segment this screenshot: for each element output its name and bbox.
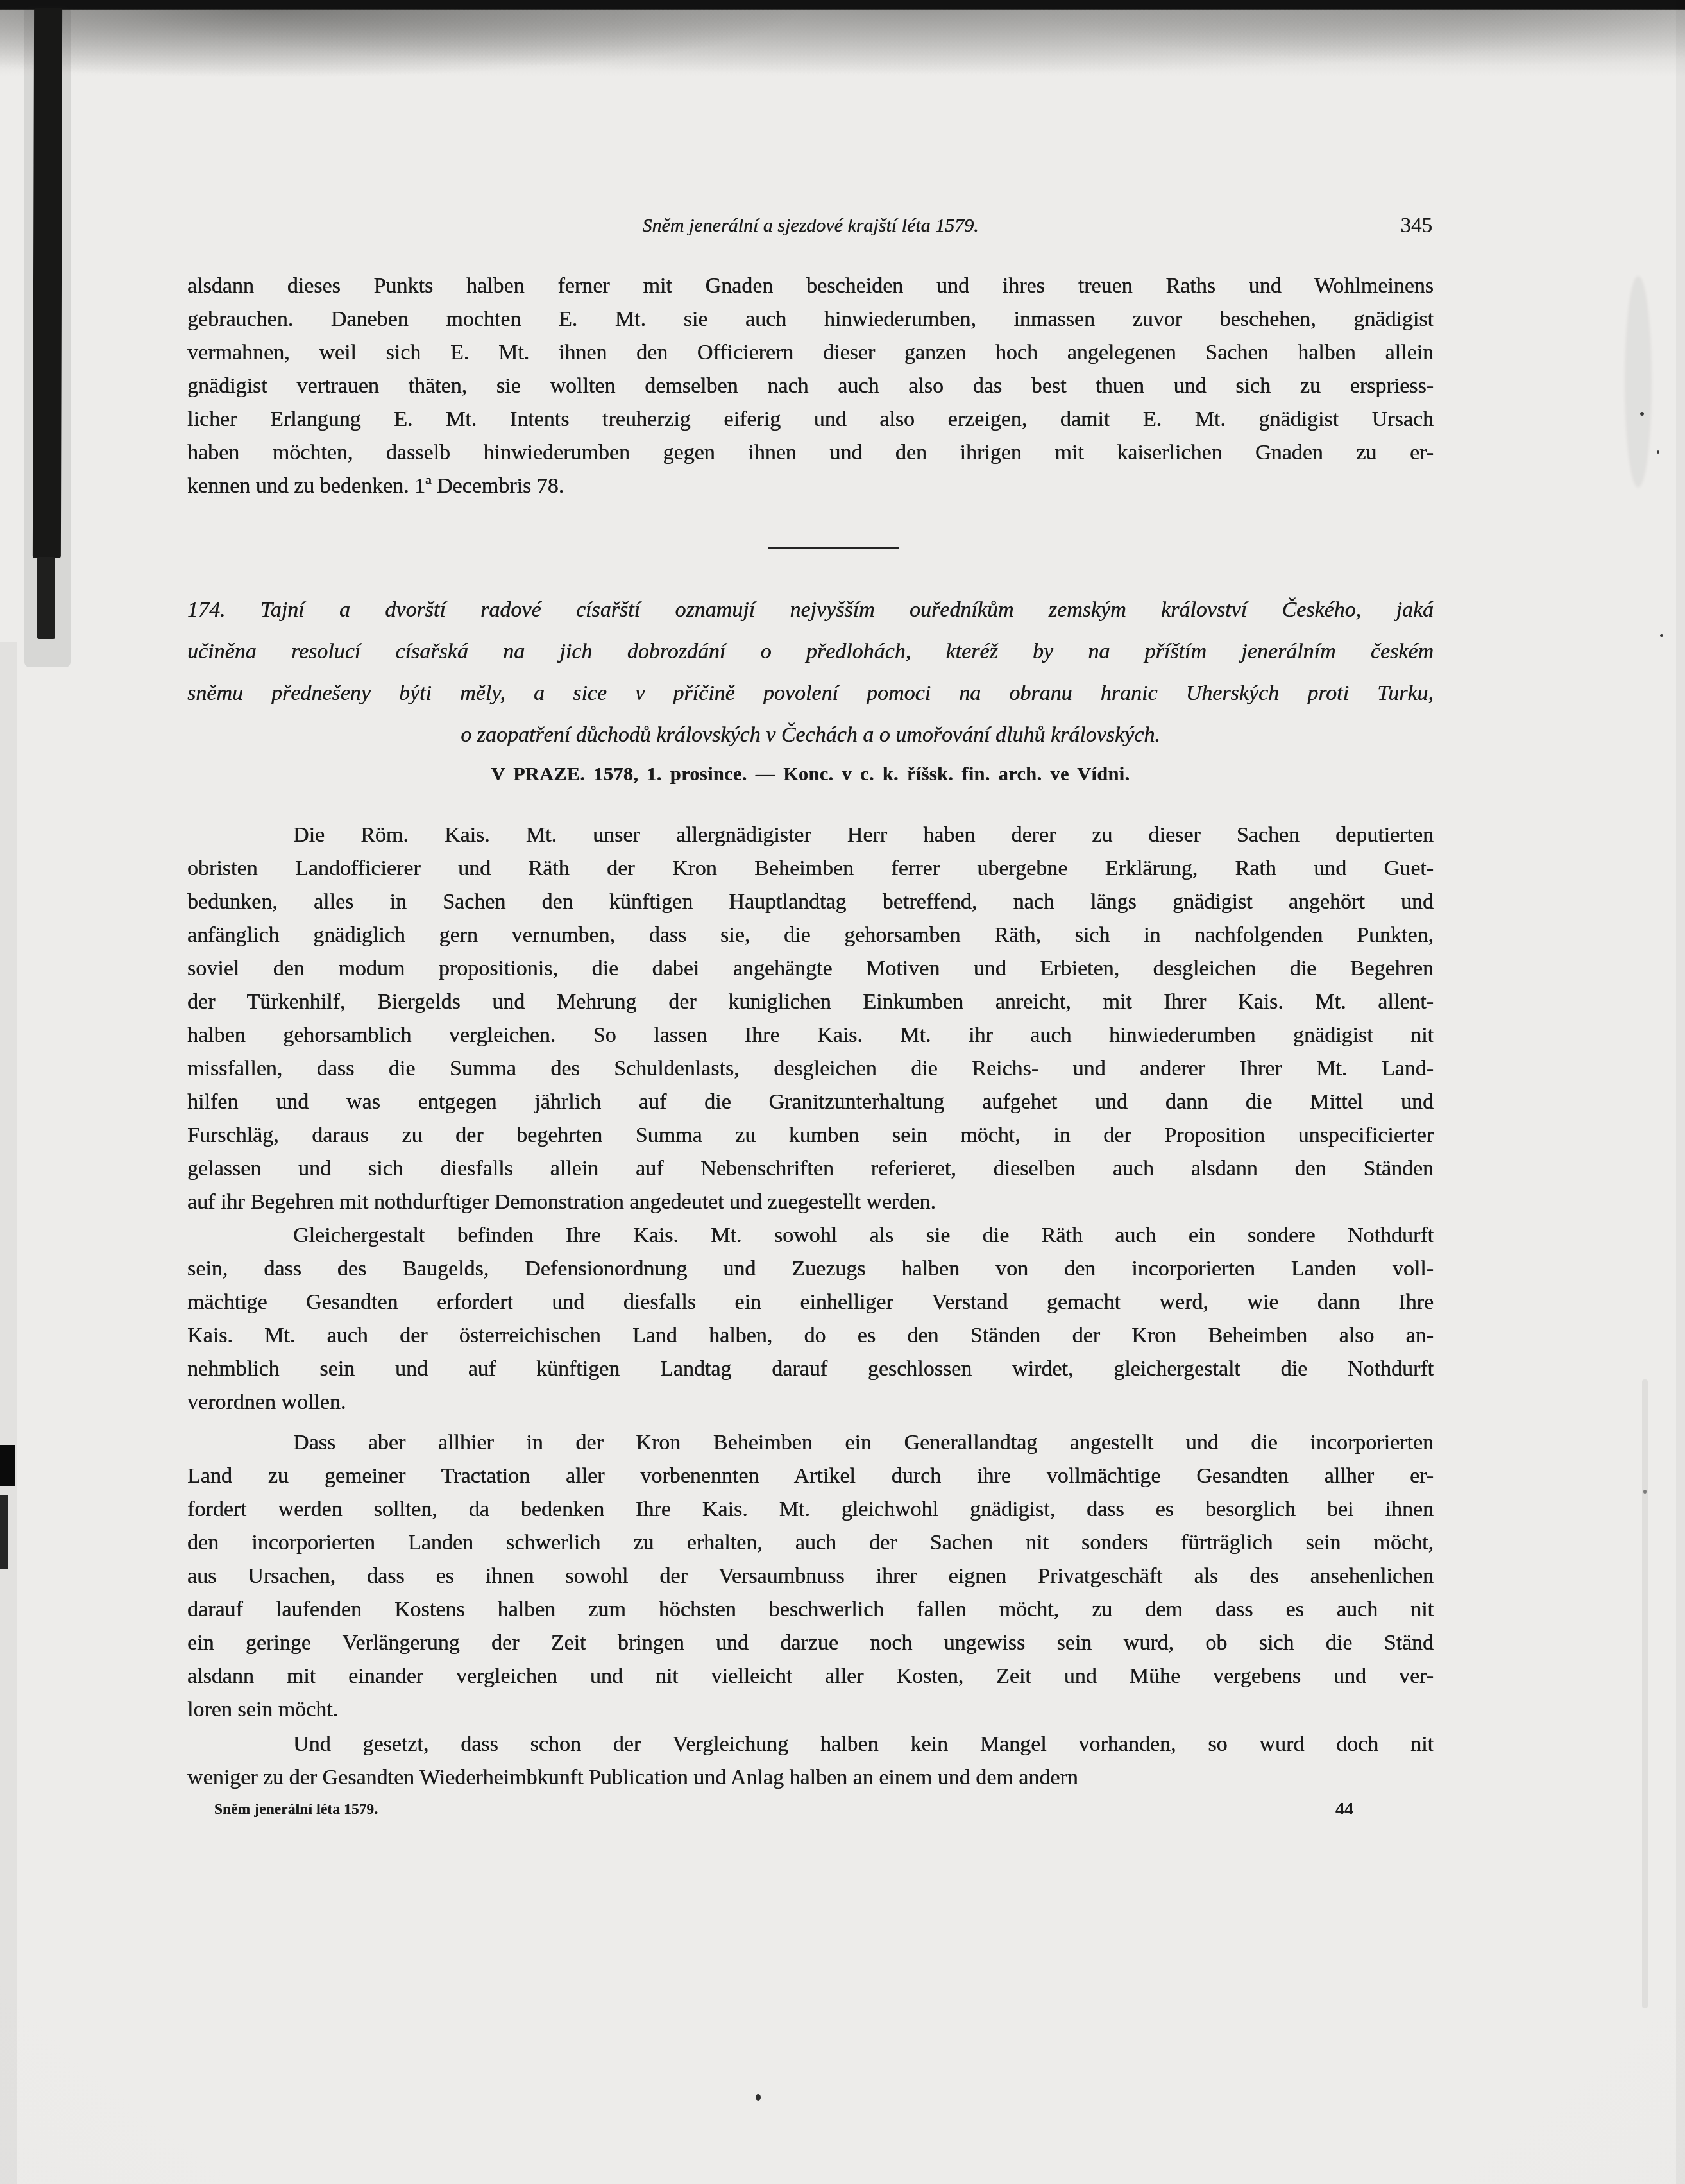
heading-line: o zaopatření důchodů královských v Čechá… xyxy=(187,714,1434,756)
text-line: halben gehorsamblich vergleichen. So las… xyxy=(187,1019,1434,1052)
heading-line: sněmu přednešeny býti měly, a sice v pří… xyxy=(187,672,1434,714)
footer-volume-title: Sněm jenerální léta 1579. xyxy=(214,1796,378,1822)
section-heading: 174. Tajní a dvorští radové císařští ozn… xyxy=(187,589,1434,756)
source-line: V PRAZE. 1578, 1. prosince. — Konc. v c.… xyxy=(187,761,1434,788)
heading-line: učiněna resolucí císařská na jich dobroz… xyxy=(187,631,1434,672)
text-line: ein geringe Verlängerung der Zeit bringe… xyxy=(187,1626,1434,1660)
text-line: gnädigist vertrauen thäten, sie wollten … xyxy=(187,370,1434,403)
scan-artifact-left-edge-mark xyxy=(0,1495,8,1569)
text-line: hilfen und was entgegen jährlich auf die… xyxy=(187,1086,1434,1119)
scan-artifact-speck xyxy=(1643,1490,1647,1494)
text-line: vermahnen, weil sich E. Mt. ihnen den Of… xyxy=(187,336,1434,370)
source-reference: V PRAZE. 1578, 1. prosince. — Konc. v c.… xyxy=(187,761,1434,788)
text-line: obristen Landofficierer und Räth der Kro… xyxy=(187,852,1434,885)
section-divider-rule xyxy=(768,547,899,549)
scan-artifact-speck xyxy=(1660,634,1663,637)
text-line: alsdann mit einander vergleichen und nit… xyxy=(187,1660,1434,1693)
text-line: Gleichergestalt befinden Ihre Kais. Mt. … xyxy=(187,1219,1434,1252)
body-paragraph-2: Gleichergestalt befinden Ihre Kais. Mt. … xyxy=(187,1219,1434,1419)
text-line: den incorporierten Landen schwerlich zu … xyxy=(187,1526,1434,1560)
body-paragraph-3: Dass aber allhier in der Kron Beheimben … xyxy=(187,1426,1434,1727)
page-number: 345 xyxy=(1401,212,1433,240)
text-line: weniger zu der Gesandten Wiederheimbkunf… xyxy=(187,1761,1434,1795)
scan-artifact-right-streak xyxy=(1642,1379,1648,2008)
scan-artifact-binding-bar-tail xyxy=(37,557,55,639)
text-line: Dass aber allhier in der Kron Beheimben … xyxy=(187,1426,1434,1460)
text-line: mächtige Gesandten erfordert und diesfal… xyxy=(187,1286,1434,1319)
text-line: fordert werden sollten, da bedenken Ihre… xyxy=(187,1493,1434,1526)
text-line: licher Erlangung E. Mt. Intents treuherz… xyxy=(187,403,1434,436)
text-line: kennen und zu bedenken. 1ª Decembris 78. xyxy=(187,470,1434,503)
text-line: missfallen, dass die Summa des Schuldenl… xyxy=(187,1052,1434,1086)
scan-artifact-right-edge-shade xyxy=(1676,0,1685,2184)
text-line: Kais. Mt. auch der österreichischen Land… xyxy=(187,1319,1434,1352)
scan-artifact-binding-shadow xyxy=(24,6,71,667)
scan-artifact-binding-bar xyxy=(33,8,62,558)
text-line: gebrauchen. Daneben mochten E. Mt. sie a… xyxy=(187,303,1434,336)
text-line: soviel den modum propositionis, die dabe… xyxy=(187,952,1434,985)
text-line: verordnen wollen. xyxy=(187,1386,1434,1419)
scan-artifact-speck xyxy=(1640,412,1644,416)
running-header: Sněm jenerální a sjezdové krajští léta 1… xyxy=(187,212,1434,240)
continuation-paragraph: alsdann dieses Punkts halben ferner mit … xyxy=(187,269,1434,503)
text-line: Land zu gemeiner Tractation aller vorben… xyxy=(187,1460,1434,1493)
page-content: Sněm jenerální a sjezdové krajští léta 1… xyxy=(187,0,1434,2184)
scan-artifact-left-edge-mark xyxy=(0,1445,15,1486)
page-header: Sněm jenerální a sjezdové krajští léta 1… xyxy=(187,212,1434,240)
text-line: sein, dass des Baugelds, Defensionordnun… xyxy=(187,1252,1434,1286)
body-paragraph-1: Die Röm. Kais. Mt. unser allergnädigiste… xyxy=(187,819,1434,1219)
text-line: bedunken, alles in Sachen den künftigen … xyxy=(187,885,1434,919)
scan-artifact-right-blotch xyxy=(1625,276,1652,488)
text-line: loren sein möcht. xyxy=(187,1693,1434,1727)
text-line: aus Ursachen, dass es ihnen sowohl der V… xyxy=(187,1560,1434,1593)
text-line: auf ihr Begehren mit nothdurftiger Demon… xyxy=(187,1186,1434,1219)
text-line: der Türkenhilf, Biergelds und Mehrung de… xyxy=(187,985,1434,1019)
text-line: nehmblich sein und auf künftigen Landtag… xyxy=(187,1352,1434,1386)
text-line: anfänglich gnädiglich gern vernumben, da… xyxy=(187,919,1434,952)
text-line: Und gesetzt, dass schon der Vergleichung… xyxy=(187,1728,1434,1761)
text-line: Die Röm. Kais. Mt. unser allergnädigiste… xyxy=(187,819,1434,852)
text-line: gelassen und sich diesfalls allein auf N… xyxy=(187,1152,1434,1186)
scan-artifact-left-edge-shade xyxy=(0,642,17,2184)
text-line: alsdann dieses Punkts halben ferner mit … xyxy=(187,269,1434,303)
footer-signature-number: 44 xyxy=(1335,1796,1353,1822)
text-line: haben möchten, dasselb hinwiederumben ge… xyxy=(187,436,1434,470)
page-footer: Sněm jenerální léta 1579. 44 xyxy=(187,1796,1434,1822)
text-line: Furschläg, daraus zu der begehrten Summa… xyxy=(187,1119,1434,1152)
body-paragraph-4: Und gesetzt, dass schon der Vergleichung… xyxy=(187,1728,1434,1795)
heading-line: 174. Tajní a dvorští radové císařští ozn… xyxy=(187,589,1434,631)
scan-artifact-speck xyxy=(1657,450,1659,454)
text-line: darauf laufenden Kostens halben zum höch… xyxy=(187,1593,1434,1626)
scanned-book-page: Sněm jenerální a sjezdové krajští léta 1… xyxy=(0,0,1685,2184)
